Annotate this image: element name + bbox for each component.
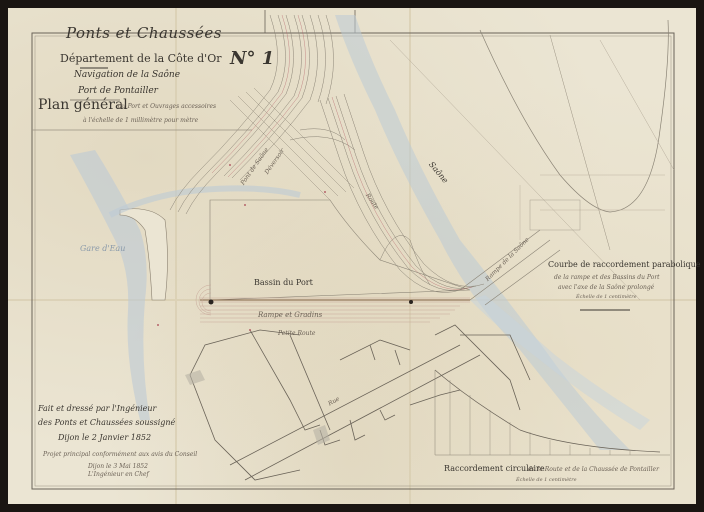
- sheet-number: N° 1: [230, 48, 274, 69]
- signature-line-6: L'Ingénieur en Chef: [88, 471, 149, 478]
- parabolic-curve: [480, 20, 668, 212]
- quay-lines: [200, 298, 470, 322]
- inset-bottom-scale: Échelle de 1 centimètre: [516, 477, 577, 483]
- signature-line-2: des Ponts et Chaussées soussigné: [38, 418, 175, 427]
- left-channel: [70, 150, 150, 420]
- label-lower-quay: Petite Route: [278, 330, 315, 337]
- label-quay: Rampe et Gradins: [258, 311, 322, 319]
- upper-channel-lines: [170, 15, 334, 214]
- signature-line-4: Projet principal conformément aux avis d…: [43, 451, 197, 458]
- title-line-2: Département de la Côte d'Or: [60, 52, 222, 65]
- signature-line-3: Dijon le 2 Janvier 1852: [58, 433, 151, 442]
- title-line-5-main: Plan général: [38, 97, 128, 113]
- title-scale: à l'échelle de 1 millimètre pour mètre: [83, 117, 198, 124]
- signature-line-5: Dijon le 3 Mai 1852: [88, 463, 148, 470]
- inset-right-scale: Échelle de 1 centimètre: [576, 294, 637, 300]
- label-canal: Gare d'Eau: [80, 244, 125, 253]
- title-line-3: Navigation de la Saône: [74, 70, 180, 80]
- inset-right-line3: avec l'axe de la Saône prolongé: [558, 284, 654, 291]
- inset-right-title: Courbe de raccordement parabolique: [548, 260, 701, 269]
- title-line-5-sub: du Port et Ouvrages accessoires: [118, 103, 216, 110]
- inset-bottom-subtitle: de la Route et de la Chaussée de Pontail…: [528, 466, 659, 473]
- map-drawing: [8, 8, 696, 504]
- label-basin: Bassin du Port: [254, 278, 313, 287]
- map-sheet: Ponts et Chaussées Département de la Côt…: [8, 8, 696, 504]
- inset-right-subtitle: de la rampe et des Bassins du Port: [554, 274, 660, 281]
- signature-line-1: Fait et dressé par l'Ingénieur: [38, 404, 156, 413]
- map-frame: Ponts et Chaussées Département de la Côt…: [0, 0, 704, 512]
- title-line-1: Ponts et Chaussées: [66, 24, 222, 42]
- title-line-4: Port de Pontailler: [78, 86, 158, 96]
- town-blocks: [190, 330, 480, 480]
